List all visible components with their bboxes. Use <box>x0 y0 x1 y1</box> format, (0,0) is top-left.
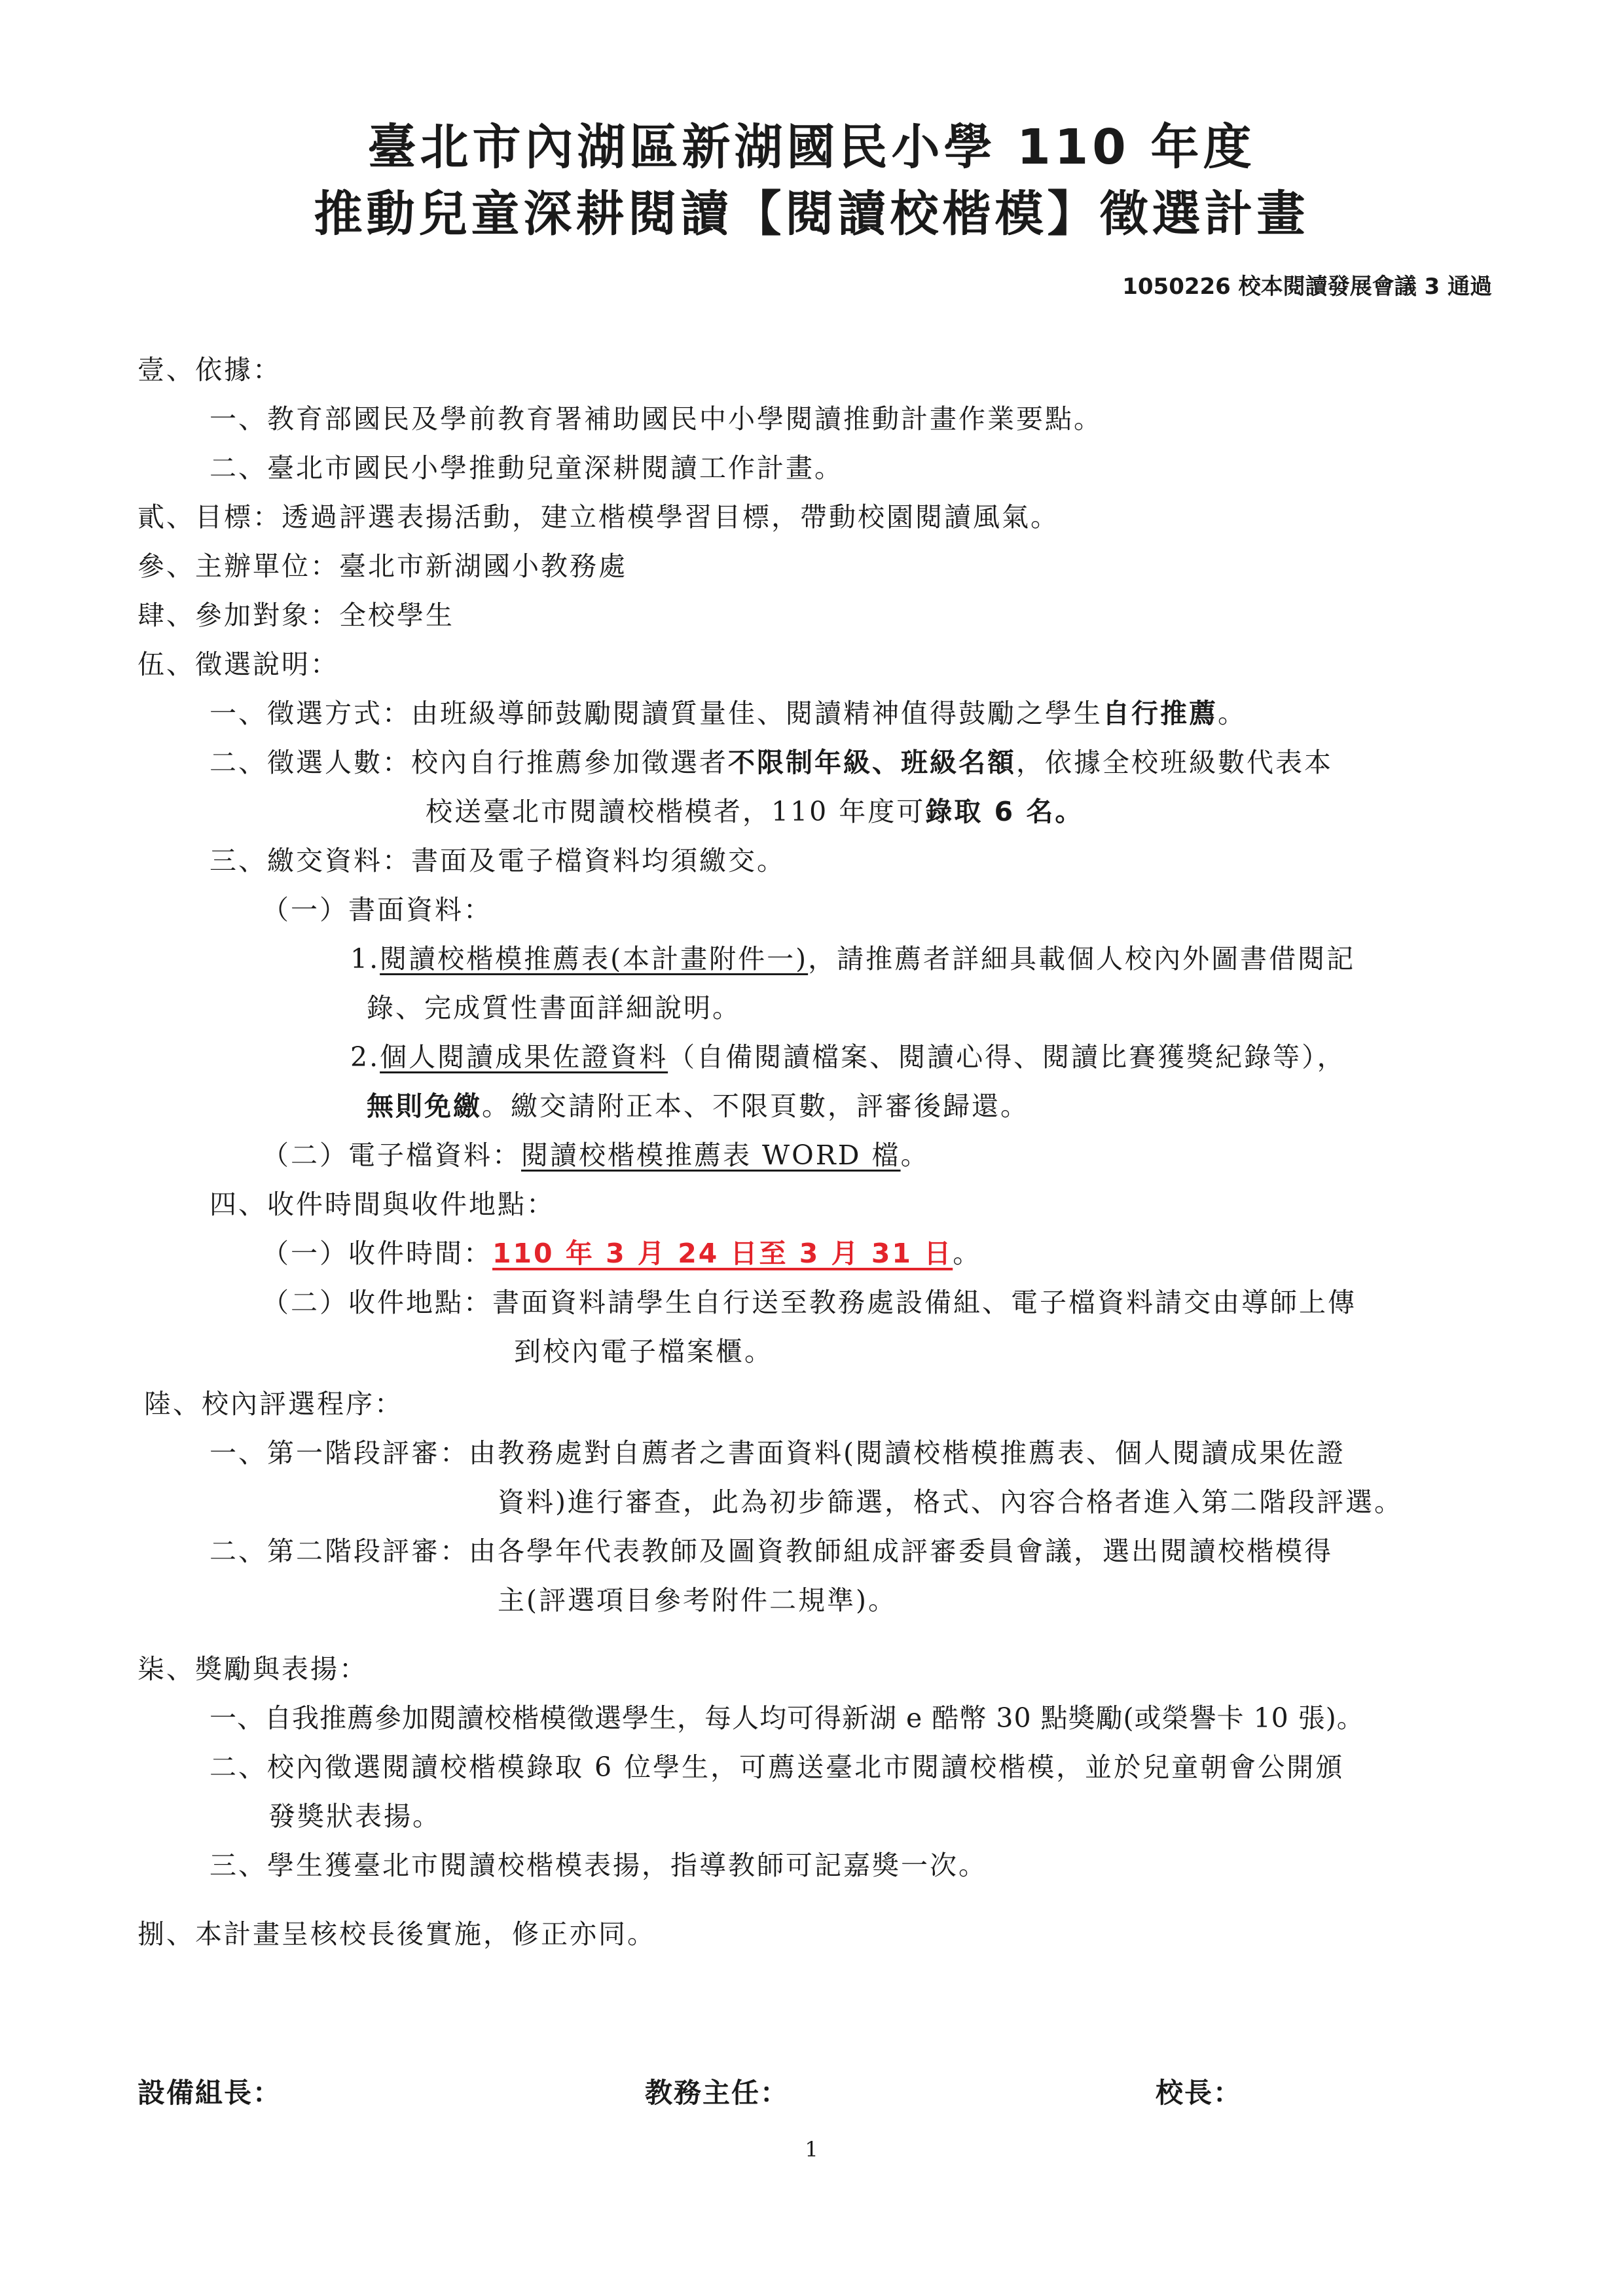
section-4-participants: 肆、參加對象：全校學生 <box>137 602 454 629</box>
underlined-evidence: 個人閱讀成果佐證資料 <box>380 1041 668 1073</box>
item-text: 一、徵選方式：由班級導師鼓勵閱讀質量佳、閱讀精神值得鼓勵之學生 <box>210 698 1103 729</box>
section-6-item-1: 一、第一階段評審：由教務處對自薦者之書面資料(閱讀校楷模推薦表、個人閱讀成果佐證 <box>210 1440 1345 1467</box>
item-text: 二、徵選人數：校內自行推薦參加徵選者 <box>210 747 728 778</box>
section-7-item-2: 二、校內徵選閱讀校楷模錄取 6 位學生，可薦送臺北市閱讀校楷模，並於兒童朝會公開… <box>210 1754 1344 1781</box>
section-5-item-3-sub-2: （二）電子檔資料：閱讀校楷模推薦表 WORD 檔。 <box>262 1142 930 1169</box>
item-number: 1. <box>350 943 380 975</box>
signature-equipment-head: 設備組長： <box>137 2072 282 2111</box>
document-title-line1: 臺北市內湖區新湖國民小學 110 年度 <box>0 123 1623 171</box>
section-5-item-3-sub-1-point-1: 1.閱讀校楷模推薦表(本計畫附件一)，請推薦者詳細具載個人校內外圖書借閱記 <box>350 946 1355 973</box>
section-3-organizer: 參、主辦單位：臺北市新湖國小教務處 <box>137 553 627 580</box>
section-6-item-1-continued: 資料)進行審查，此為初步篩選，格式、內容合格者進入第二階段評選。 <box>498 1489 1403 1516</box>
page-number: 1 <box>0 2137 1623 2162</box>
underlined-form-name: 閱讀校楷模推薦表(本計畫附件一) <box>380 943 808 975</box>
section-5-item-3-sub-1-point-2-continued: 無則免繳。繳交請附正本、不限頁數，評審後歸還。 <box>367 1093 1029 1120</box>
item-text: ，請推薦者詳細具載個人校內外圖書借閱記 <box>808 943 1355 975</box>
section-6-item-2-continued: 主(評選項目參考附件二規準)。 <box>498 1587 897 1614</box>
underlined-word-file: 閱讀校楷模推薦表 WORD 檔 <box>521 1139 901 1171</box>
item-text: （一）收件時間： <box>262 1238 492 1269</box>
section-7-item-2-continued: 發獎狀表揚。 <box>268 1803 441 1830</box>
item-text: （二）電子檔資料： <box>262 1139 521 1171</box>
document-title-line2: 推動兒童深耕閱讀【閱讀校楷模】徵選計畫 <box>0 190 1623 238</box>
section-1-item-2: 二、臺北市國民小學推動兒童深耕閱讀工作計畫。 <box>210 455 843 482</box>
section-5-item-4: 四、收件時間與收件地點： <box>210 1191 555 1218</box>
section-1-heading: 壹、依據： <box>137 357 282 384</box>
section-5-heading: 伍、徵選說明： <box>137 651 339 678</box>
section-5-item-4-sub-2: （二）收件地點：書面資料請學生自行送至教務處設備組、電子檔資料請交由導師上傳 <box>262 1289 1357 1316</box>
item-text: 。繳交請附正本、不限頁數，評審後歸還。 <box>482 1090 1029 1122</box>
item-text: 。 <box>953 1238 981 1269</box>
deadline-highlight: 110 年 3 月 24 日至 3 月 31 日 <box>492 1238 953 1269</box>
section-5-item-2-continued: 校送臺北市閱讀校楷模者，110 年度可錄取 6 名。 <box>426 798 1084 825</box>
section-5-item-4-sub-1: （一）收件時間：110 年 3 月 24 日至 3 月 31 日。 <box>262 1240 981 1267</box>
section-2-goal: 貳、目標：透過評選表揚活動，建立楷模學習目標，帶動校園閱讀風氣。 <box>137 504 1059 531</box>
section-6-item-2: 二、第二階段評審：由各學年代表教師及圖資教師組成評審委員會議，選出閱讀校楷模得 <box>210 1538 1333 1565</box>
item-text: 。 <box>1218 698 1247 729</box>
section-6-heading: 陸、校內評選程序： <box>144 1391 403 1418</box>
item-text: （自備閱讀檔案、閱讀心得、閱讀比賽獲獎紀錄等）， <box>668 1041 1346 1073</box>
bold-emphasis: 自行推薦 <box>1103 698 1218 729</box>
section-5-item-3-sub-1-point-2: 2.個人閱讀成果佐證資料（自備閱讀檔案、閱讀心得、閱讀比賽獲獎紀錄等）， <box>350 1044 1346 1071</box>
section-5-item-4-sub-2-continued: 到校內電子檔案櫃。 <box>514 1338 773 1365</box>
section-5-item-3-sub-1: （一）書面資料： <box>262 897 492 924</box>
item-text: 校送臺北市閱讀校楷模者，110 年度可 <box>426 796 925 827</box>
section-7-heading: 柒、獎勵與表揚： <box>137 1656 368 1683</box>
section-5-item-1: 一、徵選方式：由班級導師鼓勵閱讀質量佳、閱讀精神值得鼓勵之學生自行推薦。 <box>210 700 1247 727</box>
item-number: 2. <box>350 1041 380 1073</box>
section-5-item-2: 二、徵選人數：校內自行推薦參加徵選者不限制年級、班級名額，依據全校班級數代表本 <box>210 749 1333 776</box>
bold-emphasis: 錄取 6 名。 <box>925 796 1084 827</box>
section-7-item-1: 一、自我推薦參加閱讀校楷模徵選學生，每人均可得新湖 e 酷幣 30 點獎勵(或榮… <box>210 1705 1364 1732</box>
approval-note: 1050226 校本閱讀發展會議 3 通過 <box>1122 268 1492 300</box>
signature-academic-director: 教務主任： <box>645 2072 789 2111</box>
section-5-item-3: 三、繳交資料：書面及電子檔資料均須繳交。 <box>210 848 786 874</box>
item-text: ，依據全校班級數代表本 <box>1016 747 1333 778</box>
section-8-implementation: 捌、本計畫呈核校長後實施，修正亦同。 <box>137 1921 656 1948</box>
section-5-item-3-sub-1-point-1-continued: 錄、完成質性書面詳細說明。 <box>367 995 741 1022</box>
item-text: 。 <box>901 1139 930 1171</box>
bold-emphasis: 不限制年級、班級名額 <box>728 747 1016 778</box>
section-1-item-1: 一、教育部國民及學前教育署補助國民中小學閱讀推動計畫作業要點。 <box>210 406 1103 433</box>
section-7-item-3: 三、學生獲臺北市閱讀校楷模表揚，指導教師可記嘉獎一次。 <box>210 1852 987 1879</box>
signature-principal: 校長： <box>1156 2072 1242 2111</box>
bold-emphasis: 無則免繳 <box>367 1090 482 1122</box>
